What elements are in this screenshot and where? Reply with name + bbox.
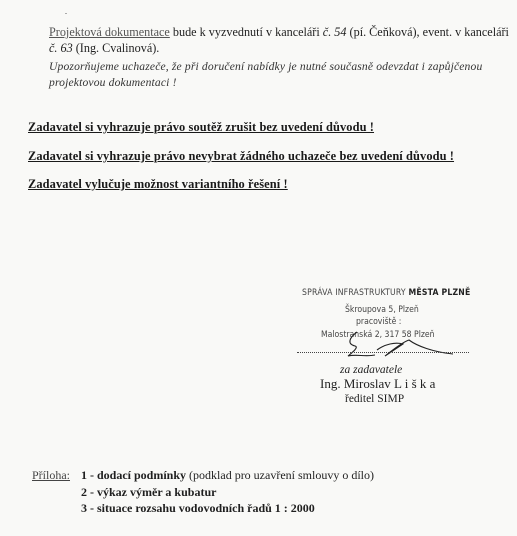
stamp-address: Škroupova 5, Plzeň bbox=[345, 305, 419, 315]
notice-paragraph: Upozorňujeme uchazeče, že při doručení n… bbox=[49, 59, 482, 91]
signatory-name: Ing. Miroslav L i š k a bbox=[320, 376, 435, 392]
attachments-list: 1 - dodací podmínky (podklad pro uzavřen… bbox=[81, 467, 374, 517]
warning-no-variants: Zadavatel vylučuje možnost variantního ř… bbox=[28, 177, 288, 192]
office-number-1: č. 54 bbox=[323, 25, 347, 39]
attachments-label: Příloha: bbox=[32, 467, 78, 484]
stamp-organization: SPRÁVA INFRASTRUKTURY MĚSTA PLZNĚ bbox=[302, 288, 470, 298]
attachment-item: 3 - situace rozsahu vodovodních řadů 1 :… bbox=[81, 501, 315, 515]
attachments-section: Příloha: 1 - dodací podmínky (podklad pr… bbox=[32, 467, 374, 517]
signature-line bbox=[297, 352, 469, 353]
project-documentation-label: Projektová dokumentace bbox=[49, 25, 170, 39]
handwritten-signature bbox=[345, 330, 455, 360]
warning-no-selection: Zadavatel si vyhrazuje právo nevybrat žá… bbox=[28, 149, 454, 164]
pickup-paragraph: Projektová dokumentace bude k vyzvednutí… bbox=[49, 24, 509, 56]
scan-speck bbox=[65, 13, 67, 14]
attachment-item: 1 - dodací podmínky (podklad pro uzavřen… bbox=[81, 468, 374, 482]
attachment-item: 2 - výkaz výměr a kubatur bbox=[81, 485, 216, 499]
office-number-2: č. 63 bbox=[49, 41, 73, 55]
signatory-title: ředitel SIMP bbox=[345, 393, 404, 405]
on-behalf-label: za zadavatele bbox=[340, 364, 402, 376]
warning-cancel-tender: Zadavatel si vyhrazuje právo soutěž zruš… bbox=[28, 120, 374, 135]
stamp-workplace-label: pracoviště : bbox=[356, 317, 401, 327]
